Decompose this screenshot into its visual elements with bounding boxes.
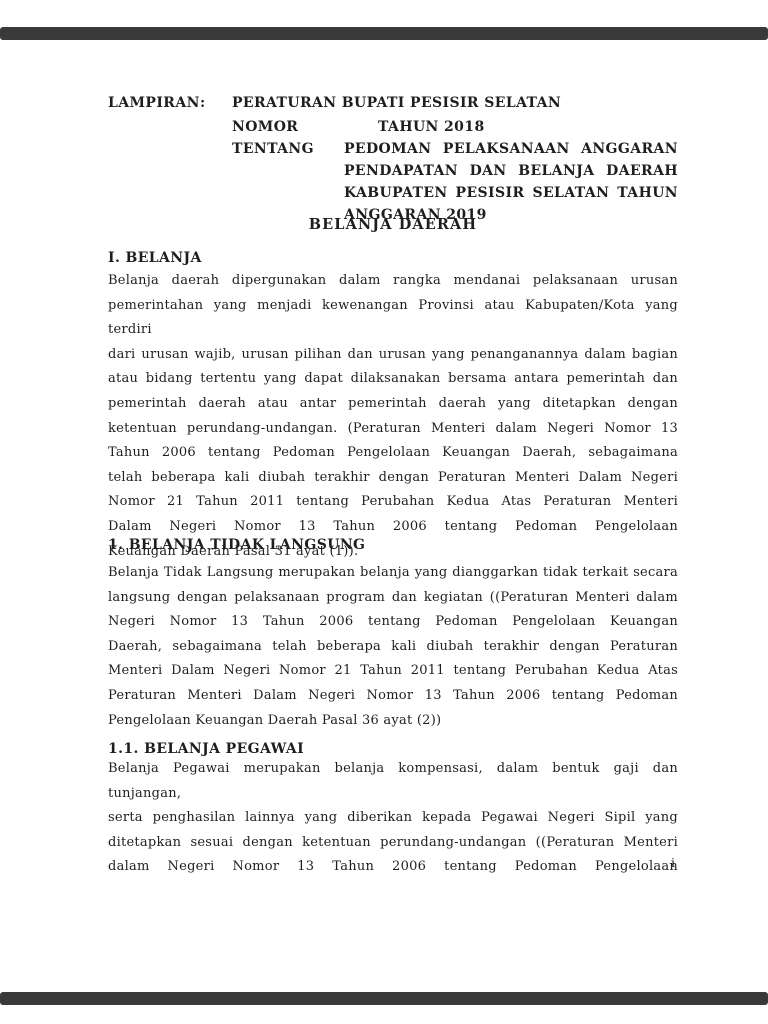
- nomor-value: TAHUN 2018: [378, 116, 485, 138]
- lampiran-header: LAMPIRAN : PERATURAN BUPATI PESISIR SELA…: [108, 92, 678, 232]
- document-title: BELANJA DAERAH: [108, 216, 678, 233]
- section-paragraph-belanja-tidak-langsung: Belanja Tidak Langsung merupakan belanja…: [108, 561, 678, 733]
- colon-separator: :: [200, 92, 206, 114]
- section-paragraph-belanja-pegawai: Belanja Pegawai merupakan belanja kompen…: [108, 757, 678, 880]
- lampiran-label: LAMPIRAN: [108, 92, 200, 114]
- tentang-value: PEDOMAN PELAKSANAAN ANGGARANPENDAPATAN D…: [344, 138, 678, 226]
- document-page: LAMPIRAN : PERATURAN BUPATI PESISIR SELA…: [0, 0, 768, 1024]
- section-heading-belanja-pegawai: 1.1. BELANJA PEGAWAI: [108, 741, 678, 757]
- nomor-label: NOMOR: [232, 116, 298, 138]
- page-content: LAMPIRAN : PERATURAN BUPATI PESISIR SELA…: [108, 0, 678, 1024]
- page-number: i: [671, 855, 675, 870]
- section-paragraph-belanja: Belanja daerah dipergunakan dalam rangka…: [108, 269, 678, 564]
- tentang-label: TENTANG: [232, 138, 314, 160]
- section-heading-belanja-tidak-langsung: 1. BELANJA TIDAK LANGSUNG: [108, 537, 678, 553]
- peraturan-title: PERATURAN BUPATI PESISIR SELATAN: [232, 92, 561, 114]
- section-heading-belanja: I. BELANJA: [108, 250, 678, 266]
